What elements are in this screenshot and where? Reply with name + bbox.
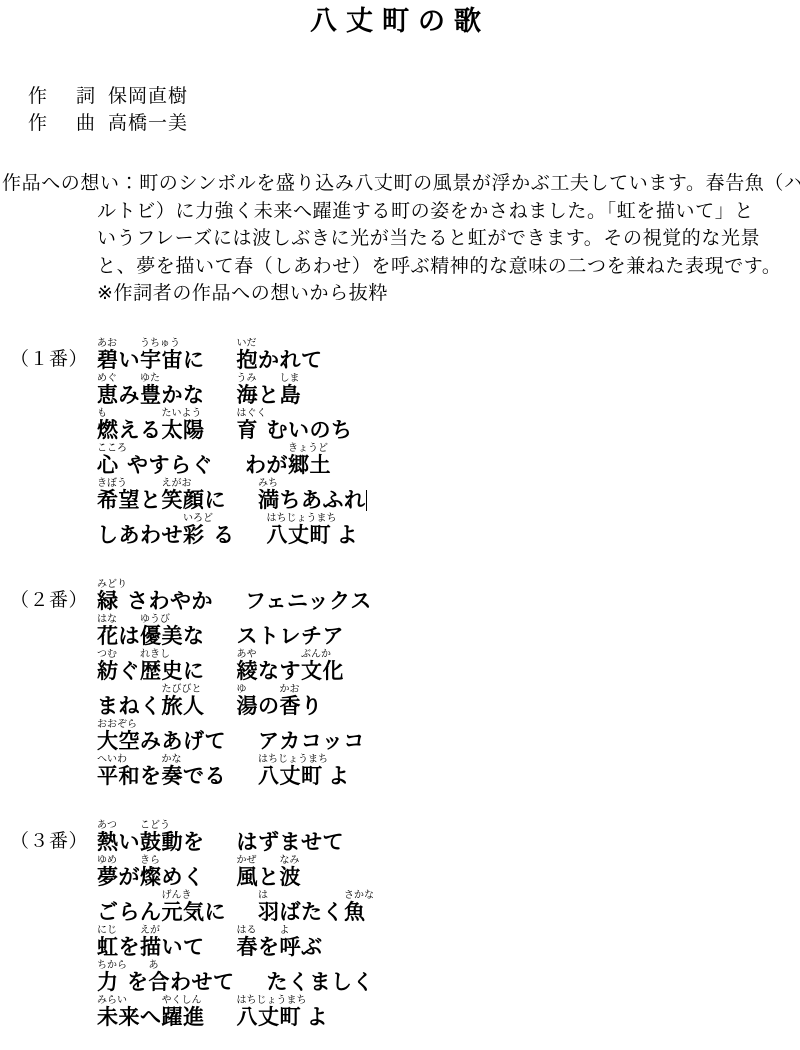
lyric-text-segment: かな: [162, 372, 205, 407]
verses: （１番）あお碧 いうちゅう宇宙 にいだ抱 かれてめぐ恵 みゆた豊 かなうみ海 と…: [0, 337, 800, 1029]
lyric-line: まねくたびびと旅人ゆ湯 のかお香 り: [97, 683, 800, 718]
lyric-ruby-segment: ゆ湯: [237, 683, 259, 718]
phrase-gap: [205, 684, 237, 718]
lyric-ruby-segment: うみ海: [237, 372, 259, 407]
lyric-base-text: 魚: [344, 902, 374, 924]
lyric-text-segment: える: [119, 407, 162, 442]
lyric-base-text: 碧: [97, 350, 119, 372]
furigana-text: かぜ: [237, 854, 259, 867]
furigana-text: ゆめ: [97, 854, 119, 867]
lyric-base-text: を: [140, 766, 162, 788]
furigana-text: [205, 477, 227, 490]
lyric-text-segment: あふれ: [301, 477, 366, 512]
phrase-gap: [226, 890, 258, 924]
lyric-base-text: い: [119, 832, 141, 854]
lyric-base-text: 熱: [97, 832, 119, 854]
furigana-text: はちじょうまち: [267, 512, 337, 525]
furigana-text: [127, 442, 213, 455]
lyric-line: ちから力 をあ合 わせて たくましく: [97, 959, 800, 994]
lyric-ruby-segment: ゆた豊: [140, 372, 162, 407]
lyric-ruby-segment: つむ紡: [97, 648, 119, 683]
furigana-text: ゆうび: [140, 613, 183, 626]
furigana-text: [258, 648, 301, 661]
lyric-base-text: やすらぐ: [127, 455, 213, 477]
furigana-text: [237, 613, 345, 626]
lyric-ruby-segment: はぐく育: [237, 407, 267, 442]
lyric-text-segment: わが: [245, 442, 288, 477]
lyric-line: めぐ恵 みゆた豊 かなうみ海 としま島: [97, 372, 800, 407]
furigana-text: あお: [97, 337, 119, 350]
lyric-base-text: 笑顔: [162, 490, 205, 512]
lyric-base-text: あふれ: [301, 490, 366, 512]
furigana-text: [245, 578, 372, 591]
lyric-base-text: ごらん: [97, 902, 162, 924]
lyric-base-text: 元気: [162, 902, 205, 924]
furigana-text: [119, 372, 141, 385]
intro-line: いうフレーズには波しぶきに光が当たると虹ができます。その視覚的な光景: [0, 225, 800, 253]
furigana-text: うみ: [237, 372, 259, 385]
lyric-text-segment: アカコッコ: [258, 718, 365, 753]
lyric-ruby-segment: きぼう希望: [97, 477, 140, 512]
lyric-text-segment: ごらん: [97, 889, 162, 924]
furigana-text: [267, 959, 375, 972]
lyric-ruby-segment: いろど彩: [183, 512, 213, 547]
lyric-base-text: は: [119, 626, 141, 648]
lyric-base-text: 島: [280, 385, 302, 407]
lyric-ruby-segment: はな花: [97, 613, 119, 648]
furigana-text: [170, 959, 235, 972]
lyric-ruby-segment: おおぞら大空: [97, 718, 140, 753]
intro-line: 作品への想い：町のシンボルを盛り込み八丈町の風景が浮かぶ工夫しています。春告魚（…: [0, 170, 800, 198]
furigana-text: きぼう: [97, 477, 140, 490]
furigana-text: しま: [280, 372, 302, 385]
furigana-text: [119, 854, 141, 867]
lyric-ruby-segment: みち満ち: [258, 477, 301, 512]
lyric-ruby-segment: ちから力: [97, 959, 127, 994]
lyric-line: へいわ平和 をかな奏 でるはちじょうまち八丈町 よ: [97, 753, 800, 788]
lyric-ruby-segment: かお香: [280, 683, 302, 718]
phrase-gap: [226, 719, 258, 753]
lyric-ruby-segment: みらい未来: [97, 994, 140, 1029]
lyric-ruby-segment: はちじょうまち八丈町: [267, 512, 337, 547]
lyric-text-segment: みあげて: [140, 718, 226, 753]
lyric-text-segment: を: [183, 819, 205, 854]
text-cursor: [366, 490, 367, 511]
furigana-text: [258, 683, 280, 696]
lyric-base-text: ストレチア: [237, 626, 345, 648]
furigana-text: [97, 683, 162, 696]
lyric-base-text: 宇宙: [140, 350, 183, 372]
lyric-base-text: みあげて: [140, 731, 226, 753]
lyric-base-text: 八丈町: [258, 766, 328, 788]
lyric-base-text: に: [205, 490, 227, 512]
lyric-base-text: でる: [183, 766, 226, 788]
furigana-text: ちから: [97, 959, 127, 972]
lyric-base-text: 綾: [237, 661, 259, 683]
lyric-base-text: 文化: [301, 661, 344, 683]
furigana-text: うちゅう: [140, 337, 183, 350]
verse-lines: みどり緑 さわやか フェニックスはな花 はゆうび優美 な ストレチアつむ紡 ぐれ…: [97, 578, 800, 788]
lyric-base-text: 希望: [97, 490, 140, 512]
furigana-text: さかな: [344, 889, 374, 902]
lyric-base-text: 平和: [97, 766, 140, 788]
furigana-text: よ: [280, 924, 302, 937]
lyric-ruby-segment: あつ熱: [97, 819, 119, 854]
lyric-base-text: 旅人: [162, 696, 205, 718]
lyric-base-text: み: [119, 385, 141, 407]
furigana-text: おおぞら: [97, 718, 140, 731]
lyric-base-text: はずませて: [237, 832, 345, 854]
lyric-text-segment: り: [301, 683, 323, 718]
lyric-base-text: 湯: [237, 696, 259, 718]
furigana-text: [258, 718, 365, 731]
lyric-ruby-segment: さかな魚: [344, 889, 374, 924]
furigana-text: [97, 889, 162, 902]
lyric-ruby-segment: たびびと旅人: [162, 683, 205, 718]
lyric-base-text: 八丈町: [267, 525, 337, 547]
lyric-ruby-segment: はちじょうまち八丈町: [237, 994, 307, 1029]
furigana-text: [127, 959, 149, 972]
intro-text: 町のシンボルを盛り込み八丈町の風景が浮かぶ工夫しています。春告魚（ハ: [139, 173, 800, 194]
furigana-text: つむ: [97, 648, 119, 661]
phrase-gap: [213, 443, 245, 477]
lyric-base-text: 描: [140, 937, 162, 959]
lyric-text-segment: に: [183, 648, 205, 683]
lyric-base-text: アカコッコ: [258, 731, 365, 753]
lyric-base-text: 豊: [140, 385, 162, 407]
furigana-text: いろど: [183, 512, 213, 525]
furigana-text: [307, 994, 329, 1007]
phrase-gap: [235, 513, 267, 547]
lyric-base-text: なす: [258, 661, 301, 683]
intro-text: いうフレーズには波しぶきに光が当たると虹ができます。その視覚的な光景: [97, 228, 760, 249]
furigana-text: いだ: [237, 337, 259, 350]
verse-lines: あつ熱 いこどう鼓動 を はずませてゆめ夢 がきら燦 めくかぜ風 となみ波 ごら…: [97, 819, 800, 1029]
furigana-text: あや: [237, 648, 259, 661]
furigana-text: [119, 337, 141, 350]
lyric-base-text: ぶ: [301, 937, 323, 959]
lyric-text-segment: み: [119, 372, 141, 407]
lyric-ruby-segment: にじ虹: [97, 924, 119, 959]
lyric-base-text: 太陽: [162, 420, 205, 442]
lyric-base-text: わが: [245, 455, 288, 477]
lyric-base-text: 鼓動: [140, 832, 183, 854]
furigana-text: ゆ: [237, 683, 259, 696]
lyric-text-segment: な: [183, 613, 205, 648]
lyric-ruby-segment: よ呼: [280, 924, 302, 959]
lyric-base-text: よ: [337, 525, 359, 547]
intro-text: ルトビ）に力強く未来へ躍進する町の姿をかさねました。「虹を描いて」と: [97, 201, 754, 222]
lyric-base-text: を: [258, 937, 280, 959]
lyric-base-text: 奏: [162, 766, 184, 788]
lyric-ruby-segment: は羽: [258, 889, 280, 924]
lyric-text-segment: でる: [183, 753, 226, 788]
furigana-text: [183, 819, 205, 832]
furigana-text: みち: [258, 477, 301, 490]
lyric-line: つむ紡 ぐれきし歴史 にあや綾 なすぶんか文化: [97, 648, 800, 683]
lyric-ruby-segment: あや綾: [237, 648, 259, 683]
lyric-ruby-segment: えが描: [140, 924, 162, 959]
lyric-base-text: 虹: [97, 937, 119, 959]
lyric-text-segment: い: [119, 337, 141, 372]
furigana-text: [258, 337, 323, 350]
furigana-text: れきし: [140, 648, 183, 661]
lyric-ruby-segment: いだ抱: [237, 337, 259, 372]
furigana-text: たびびと: [162, 683, 205, 696]
lyric-base-text: 海: [237, 385, 259, 407]
lyric-base-text: と: [258, 385, 280, 407]
lyric-text-segment: と: [258, 372, 280, 407]
furigana-text: [237, 819, 345, 832]
furigana-text: ぶんか: [301, 648, 344, 661]
lyric-text-segment: たくましく: [267, 959, 375, 994]
furigana-text: [183, 613, 205, 626]
credit-role-label: 作 詞: [28, 83, 100, 110]
furigana-text: [97, 512, 183, 525]
lyric-line: あお碧 いうちゅう宇宙 にいだ抱 かれて: [97, 337, 800, 372]
furigana-text: かお: [280, 683, 302, 696]
lyric-ruby-segment: なみ波: [280, 854, 302, 889]
lyric-base-text: しあわせ: [97, 525, 183, 547]
verse: （２番）みどり緑 さわやか フェニックスはな花 はゆうび優美 な ストレチアつむ…: [0, 578, 800, 788]
phrase-gap: [226, 754, 258, 788]
lyric-text-segment: はずませて: [237, 819, 345, 854]
credit-line: 作 曲高橋一美: [28, 110, 800, 137]
lyric-text-segment: へ: [140, 994, 162, 1029]
furigana-text: あ: [149, 959, 171, 972]
lyric-line: にじ虹 をえが描 いてはる春 をよ呼 ぶ: [97, 924, 800, 959]
phrase-gap: [205, 649, 237, 683]
lyric-line: あつ熱 いこどう鼓動 を はずませて: [97, 819, 800, 854]
lyric-base-text: 風: [237, 867, 259, 889]
furigana-text: こどう: [140, 819, 183, 832]
lyric-base-text: さわやか: [127, 591, 213, 613]
lyric-base-text: いて: [162, 937, 205, 959]
lyric-text-segment: フェニックス: [245, 578, 372, 613]
credit-person-name: 保岡直樹: [108, 83, 188, 110]
credit-person-name: 高橋一美: [108, 110, 188, 137]
furigana-text: [280, 889, 345, 902]
furigana-text: [245, 442, 288, 455]
lyric-ruby-segment: げんき元気: [162, 889, 205, 924]
lyric-ruby-segment: ゆうび優美: [140, 613, 183, 648]
lyric-base-text: 呼: [280, 937, 302, 959]
lyric-base-text: 育: [237, 420, 267, 442]
lyric-base-text: 彩: [183, 525, 213, 547]
lyric-ruby-segment: れきし歴史: [140, 648, 183, 683]
lyric-ruby-segment: えがお笑顔: [162, 477, 205, 512]
lyric-text-segment: に: [183, 337, 205, 372]
lyric-base-text: を: [119, 937, 141, 959]
furigana-text: はる: [237, 924, 259, 937]
lyric-base-text: に: [205, 902, 227, 924]
furigana-text: [162, 854, 205, 867]
furigana-text: [301, 683, 323, 696]
lyric-base-text: と: [258, 867, 280, 889]
credit-line: 作 詞保岡直樹: [28, 83, 800, 110]
lyric-base-text: に: [183, 350, 205, 372]
lyric-base-text: な: [183, 626, 205, 648]
furigana-text: [162, 372, 205, 385]
lyric-text-segment: を: [140, 753, 162, 788]
verse-number-label: （２番）: [10, 590, 88, 612]
lyric-base-text: 夢: [97, 867, 119, 889]
lyric-base-text: 未来: [97, 1007, 140, 1029]
lyric-base-text: 燃: [97, 420, 119, 442]
furigana-text: [301, 924, 323, 937]
lyric-base-text: 大空: [97, 731, 140, 753]
phrase-gap: [205, 820, 237, 854]
lyric-base-text: かれて: [258, 350, 323, 372]
furigana-text: はちじょうまち: [237, 994, 307, 1007]
lyric-text-segment: は: [119, 613, 141, 648]
lyric-text-segment: よ: [337, 512, 359, 547]
lyric-text-segment: いて: [162, 924, 205, 959]
verse-lines: あお碧 いうちゅう宇宙 にいだ抱 かれてめぐ恵 みゆた豊 かなうみ海 としま島も…: [97, 337, 800, 547]
lyric-text-segment: ぶ: [301, 924, 323, 959]
lyric-ruby-segment: こどう鼓動: [140, 819, 183, 854]
lyric-base-text: 紡: [97, 661, 119, 683]
furigana-text: [258, 924, 280, 937]
phrase-gap: [205, 614, 237, 648]
lyric-ruby-segment: うちゅう宇宙: [140, 337, 183, 372]
verse-number-label: （１番）: [10, 349, 88, 371]
furigana-text: [258, 372, 280, 385]
furigana-text: なみ: [280, 854, 302, 867]
lyric-text-segment: なす: [258, 648, 301, 683]
lyric-ruby-segment: ゆめ夢: [97, 854, 119, 889]
lyric-text-segment: かれて: [258, 337, 323, 372]
furigana-text: も: [97, 407, 119, 420]
lyric-base-text: 満ち: [258, 490, 301, 512]
lyric-text-segment: やすらぐ: [127, 442, 213, 477]
furigana-text: [140, 994, 162, 1007]
furigana-text: こころ: [97, 442, 127, 455]
phrase-gap: [205, 855, 237, 889]
lyric-text-segment: い: [119, 819, 141, 854]
lyric-text-segment: よ: [328, 753, 350, 788]
intro-paragraph: 作品への想い：町のシンボルを盛り込み八丈町の風景が浮かぶ工夫しています。春告魚（…: [0, 170, 800, 308]
lyric-base-text: える: [119, 420, 162, 442]
furigana-text: [140, 753, 162, 766]
phrase-gap: [226, 478, 258, 512]
lyric-line: みらい未来 へやくしん躍進はちじょうまち八丈町 よ: [97, 994, 800, 1029]
furigana-text: [162, 924, 205, 937]
lyric-ruby-segment: も燃: [97, 407, 119, 442]
furigana-text: きょうど: [288, 442, 331, 455]
lyric-ruby-segment: はちじょうまち八丈町: [258, 753, 328, 788]
lyric-base-text: る: [213, 525, 235, 547]
furigana-text: [119, 819, 141, 832]
furigana-text: [140, 718, 226, 731]
lyric-text-segment: を: [258, 924, 280, 959]
lyric-base-text: 羽: [258, 902, 280, 924]
lyric-base-text: が: [119, 867, 141, 889]
furigana-text: [127, 578, 213, 591]
lyric-ruby-segment: かぜ風: [237, 854, 259, 889]
lyric-ruby-segment: やくしん躍進: [162, 994, 205, 1029]
lyric-text-segment: に: [205, 477, 227, 512]
phrase-gap: [205, 995, 237, 1029]
document-page[interactable]: 八丈町の歌 作 詞保岡直樹作 曲高橋一美 作品への想い：町のシンボルを盛り込み八…: [0, 6, 800, 1050]
lyric-line: ごらんげんき元気 には羽 ばたくさかな魚: [97, 889, 800, 924]
lyric-base-text: 花: [97, 626, 119, 648]
furigana-text: みどり: [97, 578, 127, 591]
furigana-text: きら: [140, 854, 162, 867]
furigana-text: [119, 648, 141, 661]
lyric-base-text: よ: [307, 1007, 329, 1029]
lyric-ruby-segment: こころ心: [97, 442, 127, 477]
lyric-line: こころ心 やすらぐ わがきょうど郷土: [97, 442, 800, 477]
lyric-line: も燃 えるたいよう太陽はぐく育 むいのち: [97, 407, 800, 442]
furigana-text: [183, 753, 226, 766]
lyric-text-segment: が: [119, 854, 141, 889]
furigana-text: [301, 477, 366, 490]
furigana-text: [119, 613, 141, 626]
furigana-text: えが: [140, 924, 162, 937]
intro-line: ルトビ）に力強く未来へ躍進する町の姿をかさねました。「虹を描いて」と: [0, 198, 800, 226]
lyric-base-text: かな: [162, 385, 205, 407]
furigana-text: [328, 753, 350, 766]
lyric-text-segment: と: [140, 477, 162, 512]
furigana-text: あつ: [97, 819, 119, 832]
lyric-ruby-segment: きら燦: [140, 854, 162, 889]
furigana-text: [183, 337, 205, 350]
lyric-base-text: 八丈町: [237, 1007, 307, 1029]
lyric-line: ゆめ夢 がきら燦 めくかぜ風 となみ波: [97, 854, 800, 889]
lyric-base-text: を: [183, 832, 205, 854]
lyric-text-segment: わせて: [170, 959, 235, 994]
furigana-text: みらい: [97, 994, 140, 1007]
lyric-ruby-segment: たいよう太陽: [162, 407, 205, 442]
furigana-text: たいよう: [162, 407, 205, 420]
furigana-text: [213, 512, 235, 525]
phrase-gap: [205, 338, 237, 372]
furigana-text: ゆた: [140, 372, 162, 385]
lyric-text-segment: の: [258, 683, 280, 718]
phrase-gap: [205, 373, 237, 407]
intro-text: と、夢を描いて春（しあわせ）を呼ぶ精神的な意味の二つを兼ねた表現です。: [97, 256, 781, 277]
page-title: 八丈町の歌: [0, 6, 800, 37]
lyric-text-segment: しあわせ: [97, 512, 183, 547]
lyric-base-text: い: [119, 350, 141, 372]
lyric-base-text: たくましく: [267, 972, 375, 994]
lyric-base-text: 香: [280, 696, 302, 718]
lyric-ruby-segment: はる春: [237, 924, 259, 959]
phrase-gap: [205, 925, 237, 959]
furigana-text: やくしん: [162, 994, 205, 1007]
lyric-ruby-segment: ぶんか文化: [301, 648, 344, 683]
furigana-text: [140, 477, 162, 490]
lyric-base-text: 躍進: [162, 1007, 205, 1029]
furigana-text: げんき: [162, 889, 205, 902]
lyric-text-segment: と: [258, 854, 280, 889]
lyric-text-segment: ぐ: [119, 648, 141, 683]
lyric-base-text: 心: [97, 455, 127, 477]
furigana-text: [119, 407, 162, 420]
intro-note: ※作詞者の作品への想いから抜粋: [0, 280, 800, 308]
lyric-base-text: ばたく: [280, 902, 345, 924]
furigana-text: [267, 407, 353, 420]
credit-role-label: 作 曲: [28, 110, 100, 137]
lyric-base-text: の: [258, 696, 280, 718]
lyric-base-text: まねく: [97, 696, 162, 718]
lyric-line: きぼう希望 とえがお笑顔 にみち満ち あふれ: [97, 477, 800, 512]
lyric-base-text: めく: [162, 867, 205, 889]
lyric-text-segment: さわやか: [127, 578, 213, 613]
lyric-base-text: 合: [149, 972, 171, 994]
lyric-text-segment: まねく: [97, 683, 162, 718]
